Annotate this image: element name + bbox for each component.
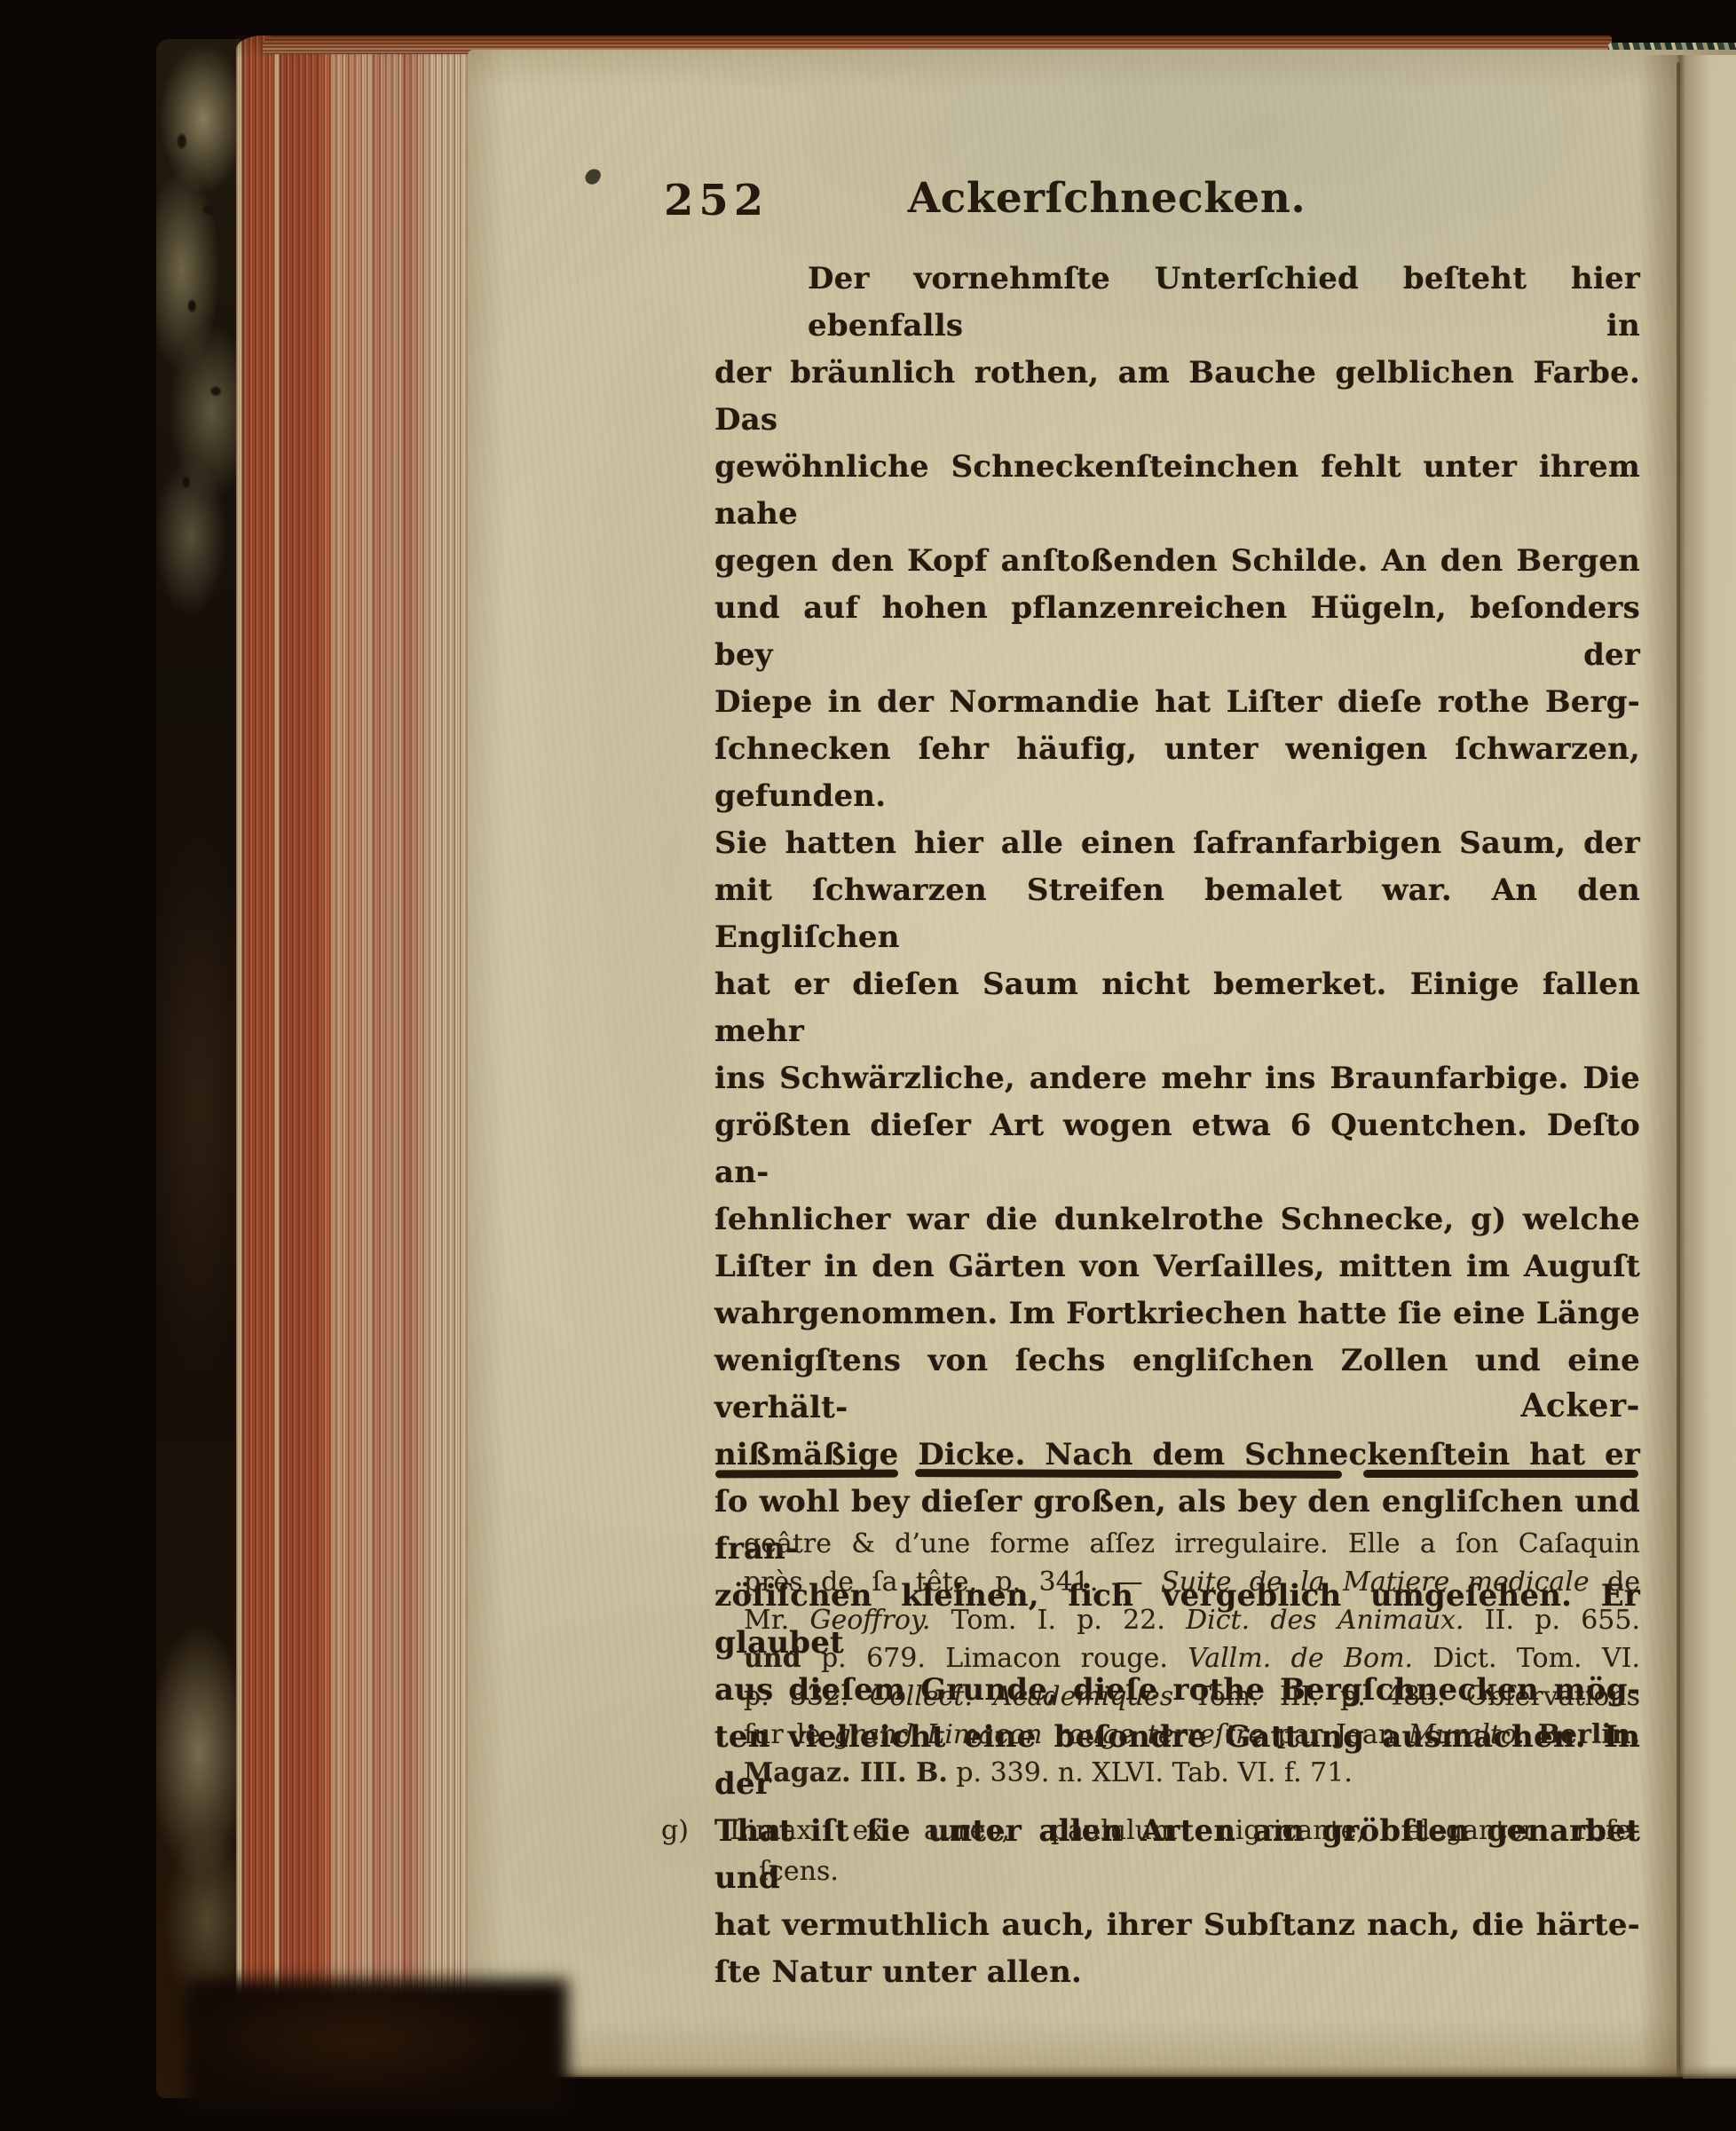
footnote-line: près de ſa tête. p. 341. — Suite de la M… bbox=[744, 1563, 1640, 1601]
italic-citation: Muralto. bbox=[1409, 1719, 1525, 1750]
footnote-line: Mr. Geoffroy. Tom. I. p. 22. Dict. des A… bbox=[744, 1601, 1640, 1639]
footnote-text: Tom. I. p. 22. bbox=[930, 1605, 1186, 1636]
italic-citation: Dict. des Animaux. bbox=[1186, 1605, 1464, 1636]
body-line: ins Schwärzliche, andere mehr ins Braunf… bbox=[714, 1055, 1640, 1102]
footnote-text: p. 679. Limacon rouge. bbox=[801, 1643, 1188, 1674]
footnote-rule-segment bbox=[915, 1469, 1342, 1479]
footnote-text: Dict. Tom. VI. bbox=[1413, 1643, 1640, 1674]
footnote-text: près de ſa tête. p. 341. — bbox=[744, 1567, 1161, 1598]
italic-citation: Collect. Academiques bbox=[870, 1681, 1173, 1712]
cover-corner-shadow bbox=[186, 1979, 568, 2112]
footnote-text: par Jean bbox=[1264, 1719, 1409, 1750]
fraktur-word: Berlin. bbox=[1538, 1719, 1640, 1750]
footnote-line: Magaz. III. B. p. 339. n. XLVI. Tab. VI.… bbox=[744, 1754, 1640, 1792]
body-line: und auf hohen pflanzenreichen Hügeln, be… bbox=[714, 585, 1640, 679]
footnote-line: geâtre & d’une forme aſſez irregulaire. … bbox=[744, 1525, 1640, 1563]
fraktur-word: Magaz. III. B. bbox=[744, 1757, 948, 1788]
page-bottom-edge bbox=[468, 2064, 1736, 2079]
body-line: größten dieſer Art wogen etwa 6 Quentche… bbox=[714, 1102, 1640, 1196]
body-line: Liſter in den Gärten von Verſailles, mit… bbox=[714, 1243, 1640, 1290]
body-line: Sie hatten hier alle einen ſafranfarbige… bbox=[714, 820, 1640, 867]
footnote-text: Tom. III. p. 483. Obſervations bbox=[1173, 1681, 1640, 1712]
gutter-shadow bbox=[1640, 55, 1709, 2077]
italic-citation: Geoffroy. bbox=[810, 1605, 931, 1636]
body-line: mit ſchwarzen Streifen bemalet war. An d… bbox=[714, 867, 1640, 961]
footnote-text: de bbox=[1590, 1567, 1640, 1598]
footnote-text: p. 339. n. XLVI. Tab. VI. f. 71. bbox=[948, 1757, 1353, 1788]
footnote-g: g) Limax ex aureo, paululum nigricante, … bbox=[661, 1811, 1640, 1892]
footnote-text: ſur le bbox=[744, 1719, 834, 1750]
footnote-rule-segment bbox=[715, 1470, 898, 1479]
body-line: ſte Natur unter allen. bbox=[714, 1949, 1640, 1996]
gutter-crease bbox=[1677, 62, 1680, 2075]
footnote-line: p. 332. Collect. Academiques Tom. III. p… bbox=[744, 1677, 1640, 1716]
footnote-text: ſcens. bbox=[759, 1856, 839, 1887]
footnote-text bbox=[1525, 1719, 1538, 1750]
body-line: ſchnecken ſehr häufig, unter wenigen ſch… bbox=[714, 726, 1640, 820]
page-heading: Ackerſchnecken. bbox=[716, 174, 1497, 223]
body-line: der bräunlich rothen, am Bauche gelblich… bbox=[714, 350, 1640, 444]
italic-citation: Vallm. de Bom. bbox=[1188, 1643, 1413, 1674]
body-line: hat er dieſen Saum nicht bemerket. Einig… bbox=[714, 961, 1640, 1055]
italic-citation: Suite de la Matiere medicale bbox=[1161, 1567, 1589, 1598]
italic-citation: grand Limacon rouge terreſtre bbox=[834, 1719, 1265, 1750]
body-line: ſehnlicher war die dunkelrothe Schnecke,… bbox=[714, 1196, 1640, 1243]
body-line: gewöhnliche Schneckenſteinchen fehlt unt… bbox=[714, 444, 1640, 538]
footnote-line: ſcens. bbox=[661, 1851, 1640, 1892]
body-line: wahrgenommen. Im Fortkriechen hatte ſie … bbox=[714, 1290, 1640, 1338]
book-photo: 252 Ackerſchnecken. Der vornehmſte Unter… bbox=[0, 0, 1736, 2131]
body-line: Diepe in der Normandie hat Liſter dieſe … bbox=[714, 679, 1640, 726]
body-line: gegen den Kopf anſtoßenden Schilde. An d… bbox=[714, 538, 1640, 585]
fraktur-word: und bbox=[744, 1643, 801, 1674]
footnote-line: g) Limax ex aureo, paululum nigricante, … bbox=[661, 1811, 1640, 1851]
footnote-text: Mr. bbox=[744, 1605, 810, 1636]
footnote-text: p. 332. bbox=[744, 1681, 870, 1712]
footnote-text: g) Limax ex aureo, paululum nigricante, … bbox=[661, 1815, 1640, 1846]
catchword: Acker- bbox=[714, 1387, 1640, 1425]
footnote-line: ſur le grand Limacon rouge terreſtre par… bbox=[744, 1716, 1640, 1754]
fore-edge-page-stack bbox=[236, 36, 469, 2013]
body-line: Der vornehmſte Unterſchied beſteht hier … bbox=[714, 256, 1640, 350]
body-line: hat vermuthlich auch, ihrer Subſtanz nac… bbox=[714, 1902, 1640, 1949]
footnote-text: II. p. 655. bbox=[1464, 1605, 1640, 1636]
footnote-continuation: geâtre & d’une forme aſſez irregulaire. … bbox=[744, 1525, 1640, 1792]
marbled-cover-texture bbox=[156, 39, 241, 607]
footnote-rule-segment bbox=[1363, 1470, 1638, 1478]
footnote-line: und p. 679. Limacon rouge. Vallm. de Bom… bbox=[744, 1639, 1640, 1677]
footnote-text: geâtre & d’une forme aſſez irregulaire. … bbox=[744, 1528, 1640, 1559]
